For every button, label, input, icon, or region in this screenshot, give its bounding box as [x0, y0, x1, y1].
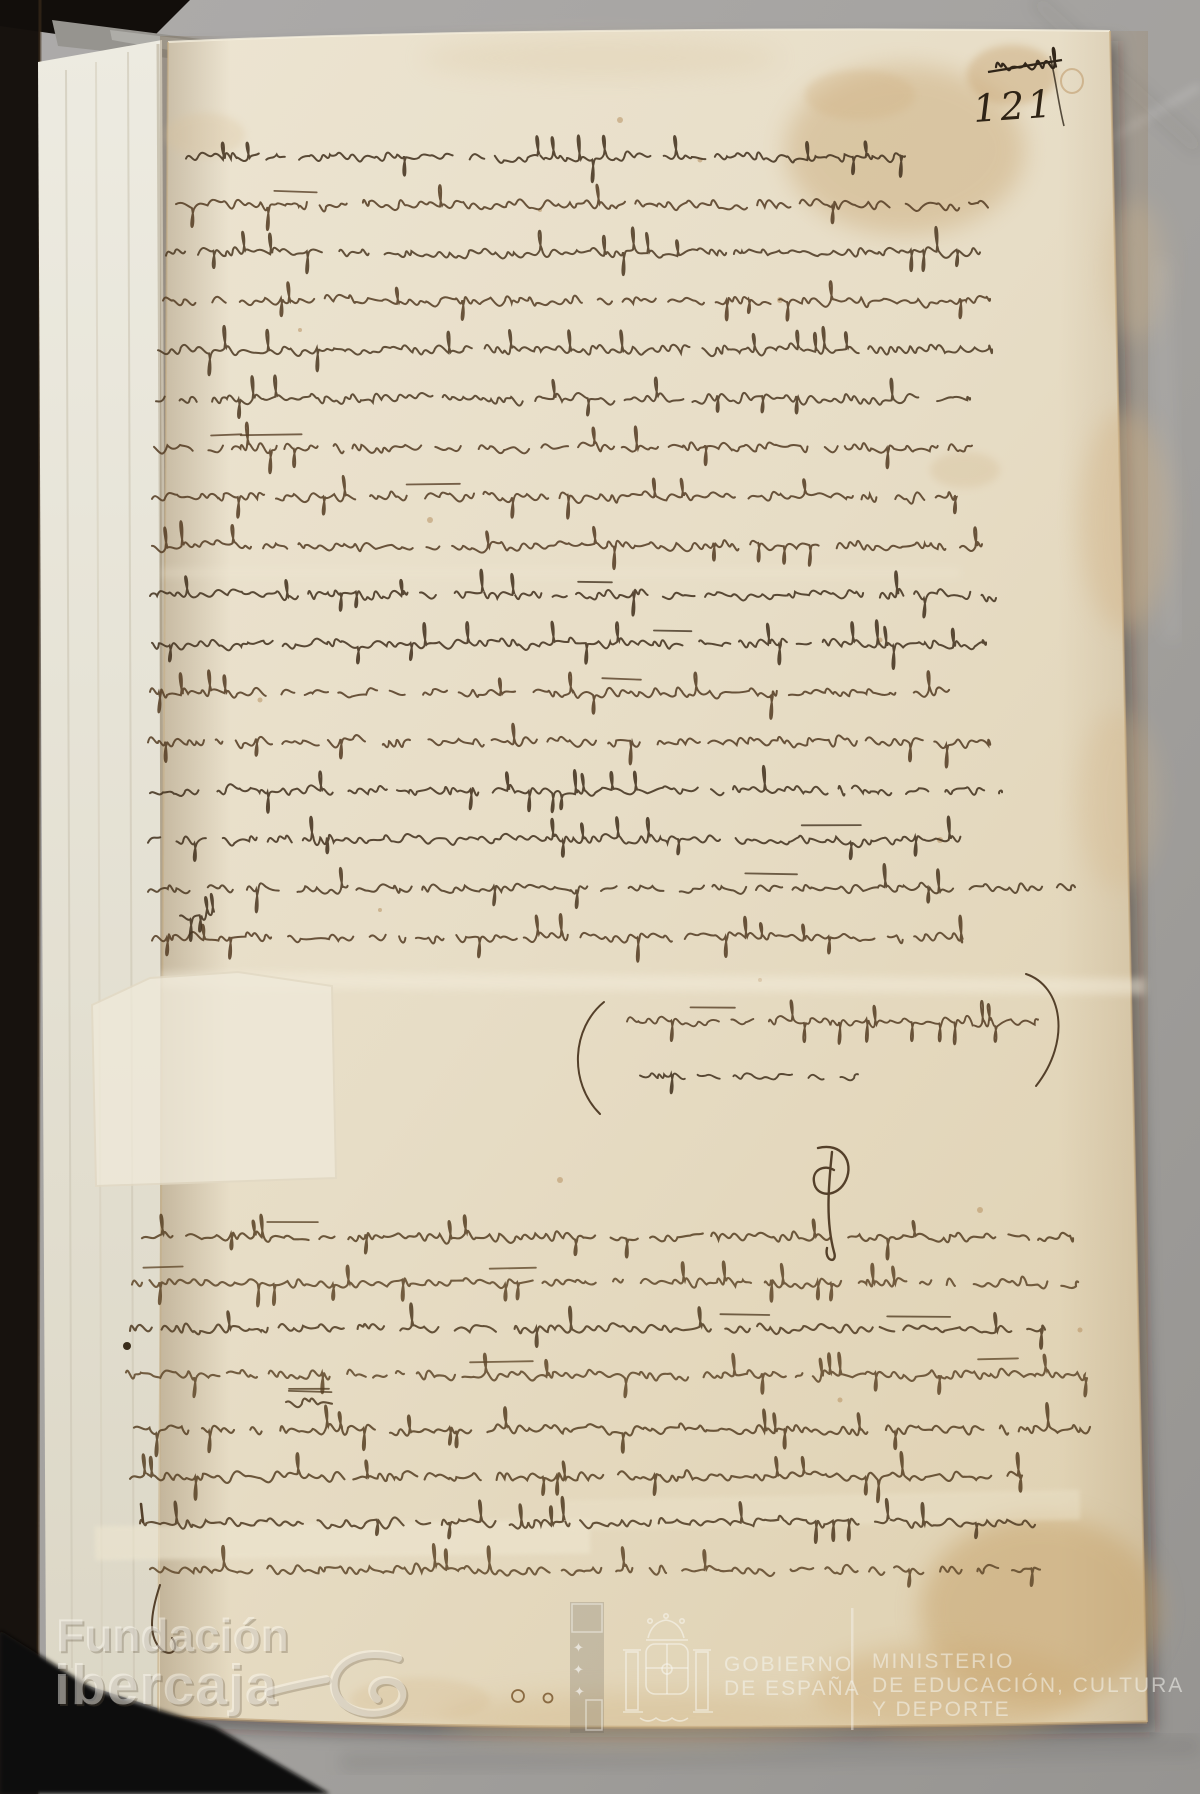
abbreviation-macron: [887, 1316, 950, 1317]
abbreviation-macron: [470, 1361, 533, 1362]
flag-stars-bar-icon: ✦ ✦ ✦: [570, 1602, 604, 1733]
star-icon: ✦: [573, 1662, 584, 1677]
abbreviation-macron: [241, 434, 302, 435]
abbreviation-macron: [407, 484, 460, 485]
abbreviation-macron: [654, 631, 692, 632]
abbreviation-macron: [745, 873, 797, 874]
star-icon: ✦: [573, 1640, 584, 1655]
gobierno-watermark-line2: DE ESPAÑA: [724, 1676, 861, 1700]
abbreviation-macron: [720, 1314, 769, 1315]
ministerio-watermark-line2: DE EDUCACIÓN, CULTURA: [872, 1674, 1184, 1697]
ibercaja-watermark-line2: ibercaja: [54, 1653, 278, 1717]
abbreviation-macron: [211, 434, 241, 435]
gobierno-watermark-line1: GOBIERNO: [724, 1653, 853, 1676]
archival-manuscript-photo: 121 Fundación Fundación ibercaja ibercaj…: [0, 0, 1200, 1794]
book-cover-left-edge: [0, 0, 40, 1794]
ministerio-watermark-line1: MINISTERIO: [872, 1650, 1015, 1673]
folio-number: 121: [972, 81, 1056, 131]
abbreviation-macron: [143, 1267, 182, 1268]
star-icon: ✦: [574, 1684, 585, 1699]
abbreviation-macron: [578, 582, 612, 583]
manuscript-scene: 121 Fundación Fundación ibercaja ibercaj…: [0, 0, 1200, 1794]
ministerio-watermark-line3: Y DEPORTE: [872, 1698, 1011, 1721]
abbreviation-macron: [490, 1268, 536, 1269]
repair-patch: [92, 972, 336, 1186]
abbreviation-macron: [289, 1391, 332, 1392]
ink-blot: [123, 1342, 131, 1350]
watermark-divider: [851, 1608, 854, 1730]
gutter-shading: [160, 36, 230, 1721]
abbreviation-macron: [978, 1358, 1018, 1359]
manuscript-page: [158, 29, 1147, 1727]
